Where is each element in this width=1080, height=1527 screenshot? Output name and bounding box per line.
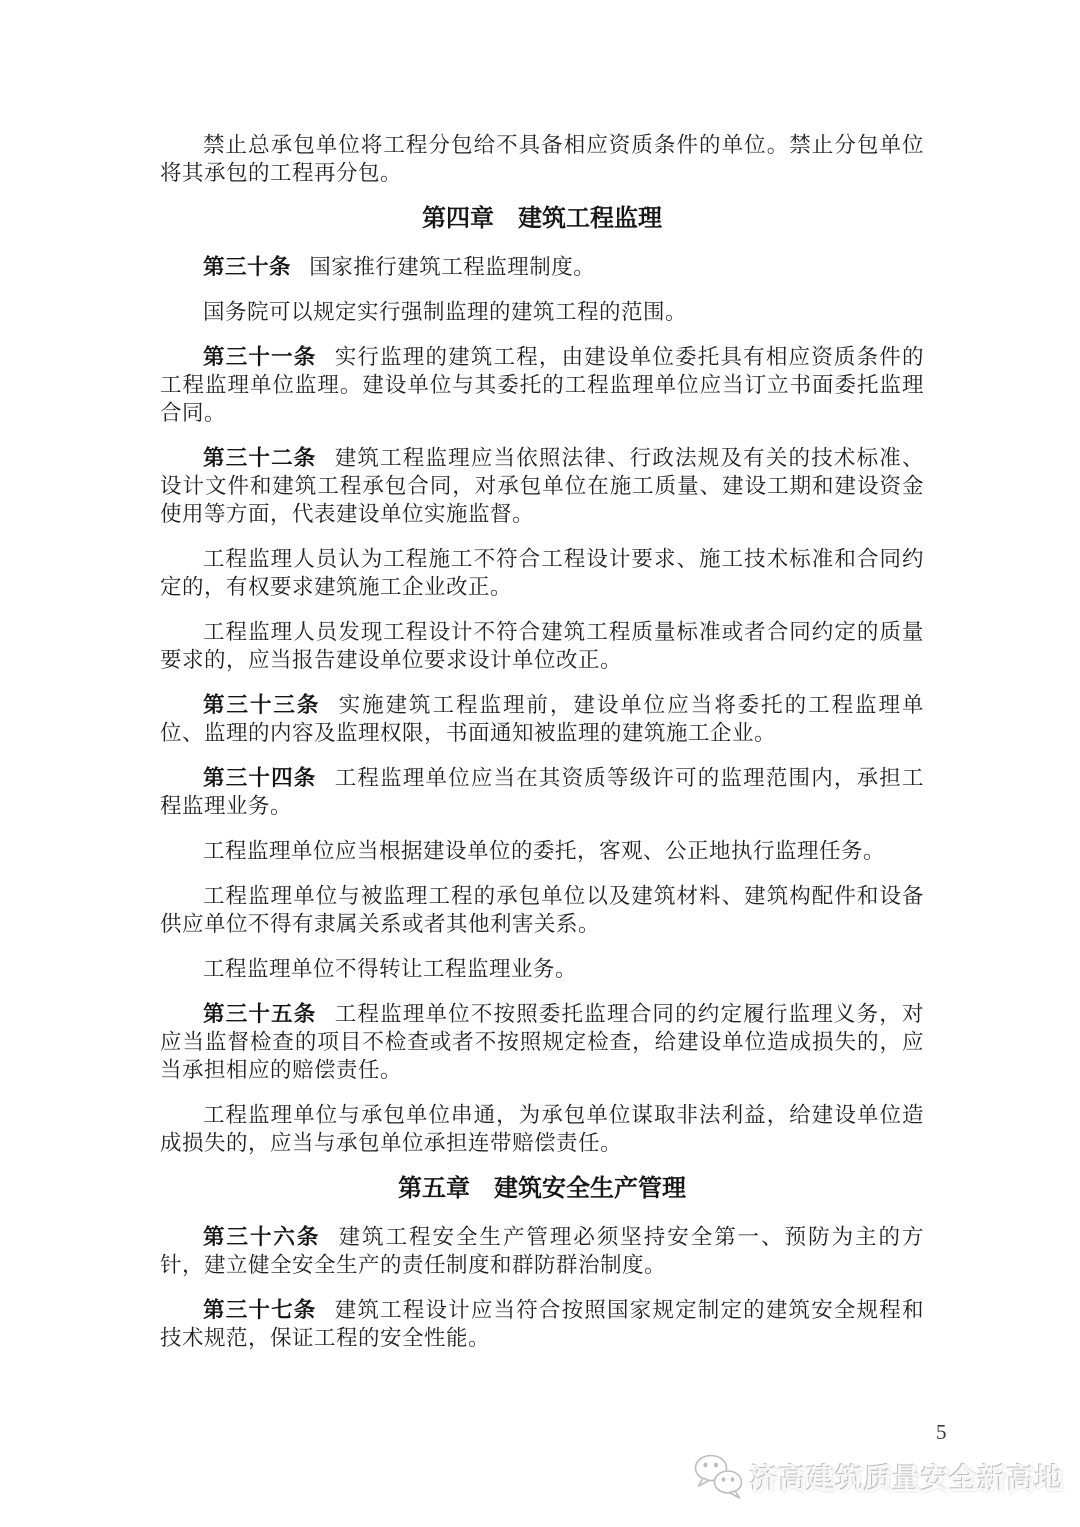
article-text: 国家推行建筑工程监理制度。 — [309, 255, 595, 279]
paragraph: 工程监理单位应当根据建设单位的委托，客观、公正地执行监理任务。 — [160, 837, 924, 865]
paragraph: 第三十一条实行监理的建筑工程，由建设单位委托具有相应资质条件的工程监理单位监理。… — [160, 343, 924, 427]
paragraph: 第三十六条建筑工程安全生产管理必须坚持安全第一、预防为主的方针，建立健全安全生产… — [160, 1223, 924, 1279]
watermark: 济高建筑质量安全新高地 — [692, 1452, 1064, 1502]
paragraph: 工程监理人员认为工程施工不符合工程设计要求、施工技术标准和合同约定的，有权要求建… — [160, 545, 924, 601]
article-number: 第三十一条 — [203, 345, 316, 369]
article-number: 第三十二条 — [203, 446, 316, 470]
article-number: 第三十三条 — [203, 693, 320, 717]
article-number: 第三十四条 — [203, 766, 316, 790]
paragraph: 第三十七条建筑工程设计应当符合按照国家规定制定的建筑安全规程和技术规范，保证工程… — [160, 1296, 924, 1352]
document-page: 禁止总承包单位将工程分包给不具备相应资质条件的单位。禁止分包单位将其承包的工程再… — [0, 0, 1080, 1527]
chapter-heading: 第五章 建筑安全生产管理 — [160, 1174, 924, 1204]
article-number: 第三十五条 — [203, 1002, 316, 1026]
article-number: 第三十条 — [203, 255, 291, 279]
watermark-text: 济高建筑质量安全新高地 — [750, 1457, 1064, 1497]
chapter-heading: 第四章 建筑工程监理 — [160, 204, 924, 234]
paragraph: 禁止总承包单位将工程分包给不具备相应资质条件的单位。禁止分包单位将其承包的工程再… — [160, 131, 924, 187]
paragraph: 第三十五条工程监理单位不按照委托监理合同的约定履行监理义务，对应当监督检查的项目… — [160, 1000, 924, 1084]
paragraph: 第三十四条工程监理单位应当在其资质等级许可的监理范围内，承担工程监理业务。 — [160, 764, 924, 820]
article-number: 第三十六条 — [203, 1225, 320, 1249]
page-number: 5 — [936, 1420, 947, 1445]
article-number: 第三十七条 — [203, 1298, 316, 1322]
paragraph: 工程监理单位不得转让工程监理业务。 — [160, 955, 924, 983]
paragraph: 工程监理单位与被监理工程的承包单位以及建筑材料、建筑构配件和设备供应单位不得有隶… — [160, 882, 924, 938]
page-body: 禁止总承包单位将工程分包给不具备相应资质条件的单位。禁止分包单位将其承包的工程再… — [160, 131, 924, 1369]
paragraph: 第三十二条建筑工程监理应当依照法律、行政法规及有关的技术标准、设计文件和建筑工程… — [160, 444, 924, 528]
paragraph: 工程监理人员发现工程设计不符合建筑工程质量标准或者合同约定的质量要求的，应当报告… — [160, 618, 924, 674]
paragraph: 第三十条国家推行建筑工程监理制度。 — [160, 253, 924, 281]
paragraph: 第三十三条实施建筑工程监理前，建设单位应当将委托的工程监理单位、监理的内容及监理… — [160, 691, 924, 747]
paragraph: 国务院可以规定实行强制监理的建筑工程的范围。 — [160, 298, 924, 326]
paragraph: 工程监理单位与承包单位串通，为承包单位谋取非法利益，给建设单位造成损失的，应当与… — [160, 1101, 924, 1157]
wechat-icon — [692, 1452, 746, 1502]
